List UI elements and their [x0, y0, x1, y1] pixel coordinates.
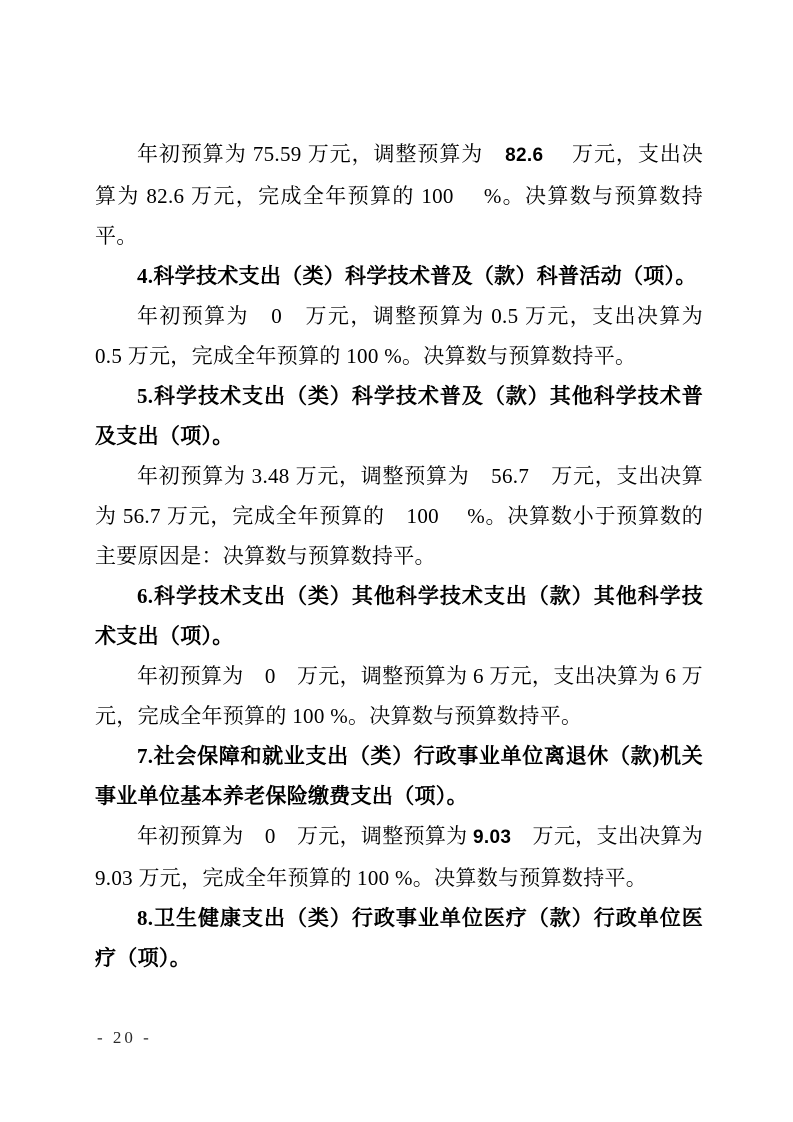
- inserted-number: 9.03: [473, 827, 511, 848]
- paragraph-body: 年初预算为 3.48 万元，调整预算为 56.7 万元，支出决算为 56.7 万…: [95, 456, 703, 576]
- paragraph-body: 年初预算为 0 万元，调整预算为 0.5 万元，支出决算为 0.5 万元，完成全…: [95, 296, 703, 376]
- text-segment: 年初预算为 75.59 万元，调整预算为: [137, 142, 505, 166]
- paragraph-heading: 8.卫生健康支出（类）行政事业单位医疗（款）行政单位医疗（项）。: [95, 898, 703, 978]
- text-segment: 年初预算为 0 万元，调整预算为: [137, 824, 473, 848]
- text-segment: 年初预算为 0 万元，调整预算为 0.5 万元，支出决算为 0.5 万元，完成全…: [95, 304, 709, 368]
- document-body: 年初预算为 75.59 万元，调整预算为 82.6 万元，支出决算为 82.6 …: [95, 134, 703, 978]
- text-segment: 7.社会保障和就业支出（类）行政事业单位离退休（款)机关事业单位基本养老保险缴费…: [95, 744, 703, 808]
- paragraph-heading: 7.社会保障和就业支出（类）行政事业单位离退休（款)机关事业单位基本养老保险缴费…: [95, 736, 703, 816]
- page-number: - 20 -: [97, 1026, 152, 1050]
- text-segment: 8.卫生健康支出（类）行政事业单位医疗（款）行政单位医疗（项）。: [95, 906, 703, 970]
- document-page: 年初预算为 75.59 万元，调整预算为 82.6 万元，支出决算为 82.6 …: [0, 0, 793, 1122]
- paragraph-heading: 6.科学技术支出（类）其他科学技术支出（款）其他科学技术支出（项）。: [95, 576, 703, 656]
- text-segment: 6.科学技术支出（类）其他科学技术支出（款）其他科学技术支出（项）。: [95, 584, 703, 648]
- text-segment: 4.科学技术支出（类）科学技术普及（款）科普活动（项）。: [137, 264, 697, 288]
- paragraph-body: 年初预算为 0 万元，调整预算为 6 万元，支出决算为 6 万元，完成全年预算的…: [95, 656, 703, 736]
- inserted-number: 82.6: [505, 145, 543, 166]
- text-segment: 5.科学技术支出（类）科学技术普及（款）其他科学技术普及支出（项）。: [95, 384, 703, 448]
- paragraph-heading: 4.科学技术支出（类）科学技术普及（款）科普活动（项）。: [95, 256, 703, 296]
- text-segment: 年初预算为 3.48 万元，调整预算为 56.7 万元，支出决算为 56.7 万…: [95, 464, 703, 568]
- text-segment: 年初预算为 0 万元，调整预算为 6 万元，支出决算为 6 万元，完成全年预算的…: [95, 664, 703, 728]
- paragraph-body: 年初预算为 0 万元，调整预算为 9.03 万元，支出决算为 9.03 万元，完…: [95, 816, 703, 898]
- paragraph-heading: 5.科学技术支出（类）科学技术普及（款）其他科学技术普及支出（项）。: [95, 376, 703, 456]
- paragraph-body: 年初预算为 75.59 万元，调整预算为 82.6 万元，支出决算为 82.6 …: [95, 134, 703, 256]
